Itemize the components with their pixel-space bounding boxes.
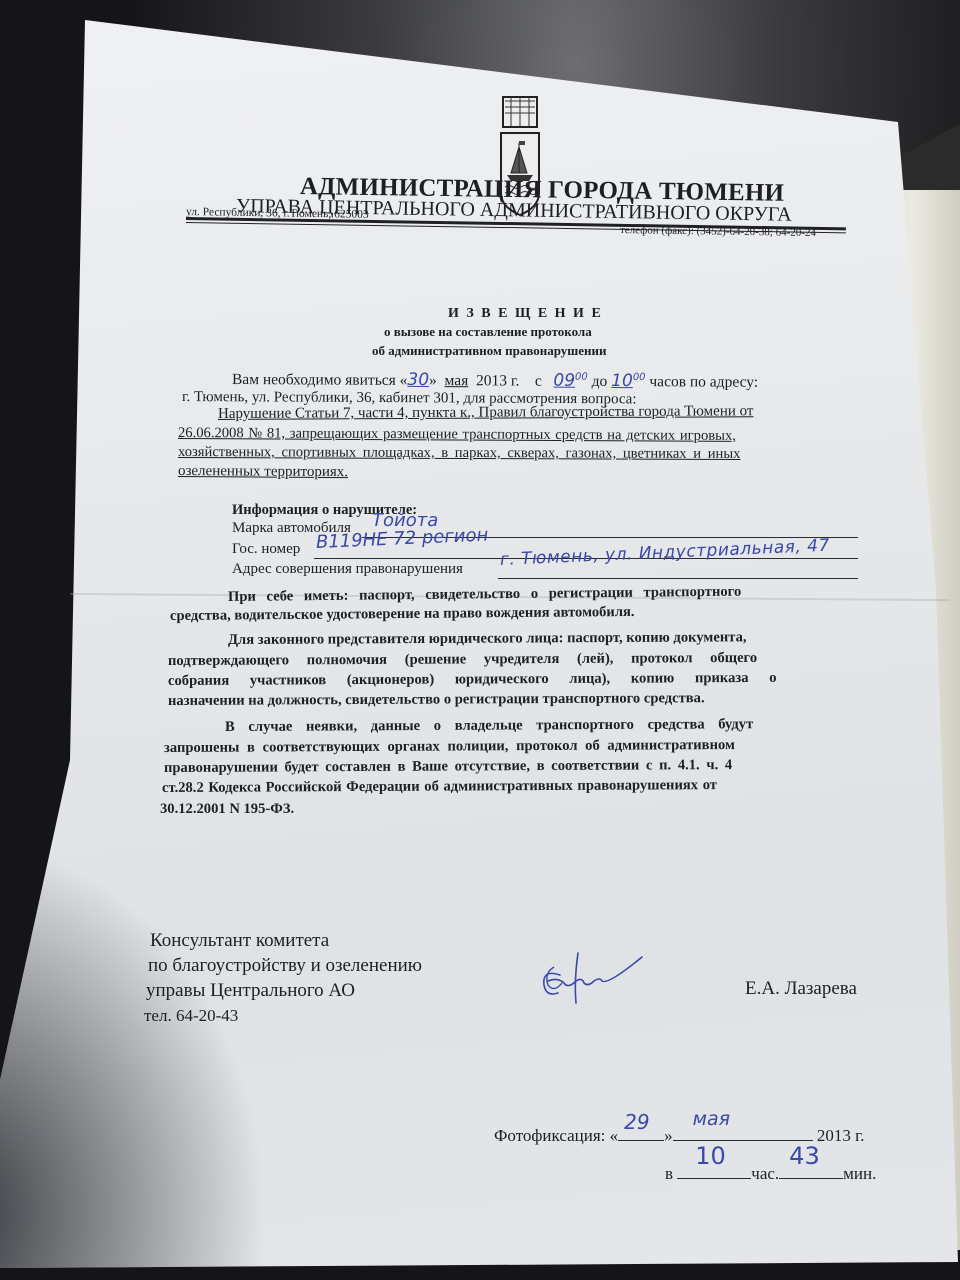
photo-fixation-quote: » <box>664 1126 673 1145</box>
photo-fixation-hour: 10 <box>695 1142 726 1170</box>
requirements-p3-line1: В случае неявки, данные о владельце тран… <box>225 716 753 736</box>
summons-to-minutes: 00 <box>633 372 646 383</box>
summons-prefix: Вам необходимо явиться « <box>232 371 408 389</box>
violation-address-underline <box>498 578 858 579</box>
photo-fixation-month: мая <box>693 1108 730 1130</box>
requirements-p3-line2: запрошены в соответствующих органах поли… <box>164 737 735 757</box>
photo-fixation-at-label: в <box>665 1164 673 1183</box>
requirements-p2-line4: назначении на должность, свидетельство о… <box>168 690 705 710</box>
requirements-p2-line3: собрания участников (акционеров) юридиче… <box>168 670 777 690</box>
signer-position-line1: Консультант комитета <box>150 930 329 952</box>
requirements-p3-line3: правонарушении будет составлен в Ваше от… <box>164 757 732 777</box>
signer-position-line3: управы Центрального АО <box>146 980 355 1002</box>
summons-from-label: с <box>535 373 542 390</box>
summons-year: 2013 г. <box>476 372 519 389</box>
photo-fixation-hour-label: час. <box>751 1164 779 1183</box>
violation-line-2: 26.06.2008 № 81, запрещающих размещение … <box>178 425 736 445</box>
summons-quote: » <box>429 372 437 389</box>
violation-line-4: озелененных территориях. <box>178 463 348 481</box>
document-subtitle-line1: о вызове на составление протокола <box>384 324 592 340</box>
plate-label: Гос. номер <box>232 541 300 558</box>
requirements-p3-line5: 30.12.2001 N 195-ФЗ. <box>160 801 294 818</box>
summons-to-time: 10 <box>611 371 633 391</box>
document-title: И З В Е Щ Е Н И Е <box>448 306 603 322</box>
requirements-p2-line2: подтверждающего полномочия (решение учре… <box>168 650 757 670</box>
photo-fixation-day: 29 <box>624 1110 649 1134</box>
document-subtitle-line2: об административном правонарушении <box>372 343 607 359</box>
violation-line-3: хозяйственных, спортивных площадках, в п… <box>178 444 741 463</box>
summons-suffix: часов по адресу: <box>649 373 758 391</box>
signer-position-line2: по благоустройству и озеленению <box>148 955 422 977</box>
requirements-p3-line4: ст.28.2 Кодекса Российской Федерации об … <box>162 777 717 797</box>
handwritten-signature-icon <box>540 945 650 1010</box>
summons-day: 30 <box>407 370 429 390</box>
requirements-p2-line1: Для законного представителя юридического… <box>228 629 747 649</box>
summons-from-minutes: 00 <box>575 372 588 383</box>
violation-line-1: Нарушение Статьи 7, части 4, пункта к., … <box>218 403 754 423</box>
photo-fixation-year: 2013 г. <box>817 1126 865 1145</box>
photo-fixation-minute-label: мин. <box>843 1164 876 1183</box>
summons-line: Вам необходимо явиться «30» мая 2013 г. … <box>232 369 758 392</box>
photo-fixation-time-line: в 10 час. 43 мин. <box>665 1162 876 1184</box>
violation-address-label: Адрес совершения правонарушения <box>232 561 463 578</box>
summons-from-time: 09 <box>553 371 575 391</box>
signer-name: Е.А. Лазарева <box>745 978 857 1000</box>
summons-to-label: до <box>592 373 608 390</box>
summons-month: мая <box>445 372 469 389</box>
photo-fixation-minute: 43 <box>789 1142 820 1170</box>
photo-fixation-label: Фотофиксация: « <box>494 1126 618 1145</box>
signer-phone: тел. 64-20-43 <box>144 1006 238 1026</box>
